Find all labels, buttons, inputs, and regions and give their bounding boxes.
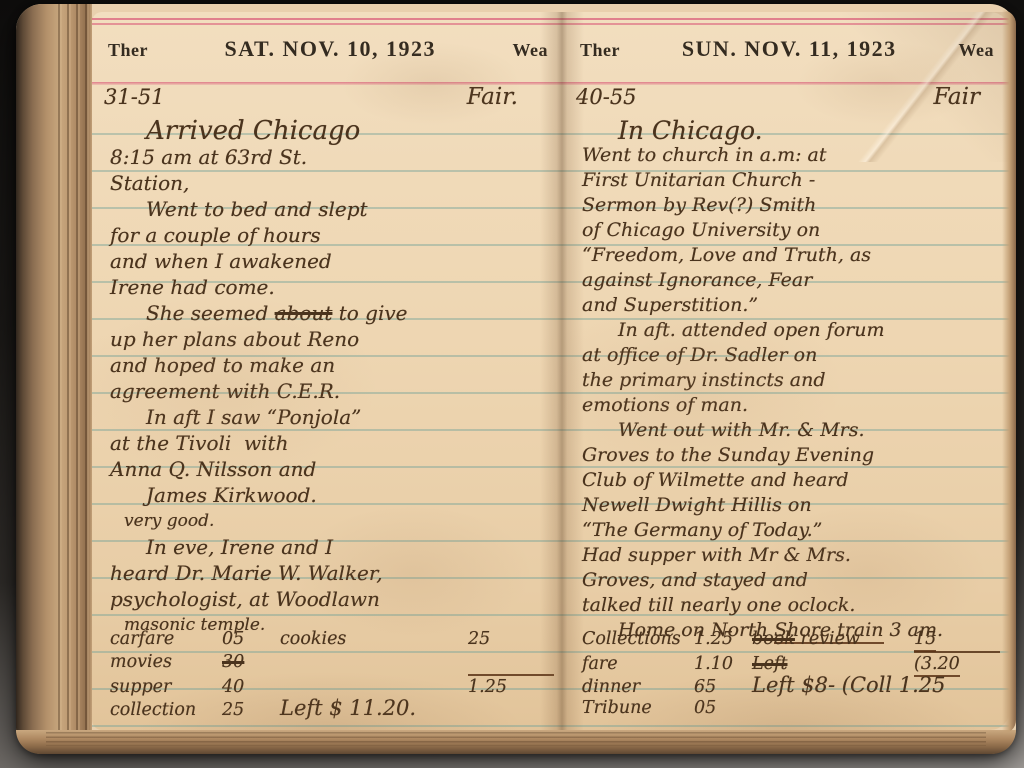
expense-row: supper401.25 [110,674,554,697]
handwritten-line: In Chicago. [582,118,1004,143]
handwritten-line: against Ignorance, Fear [582,268,1004,293]
handwritten-line: up her plans about Reno [110,326,558,352]
printed-header: Ther SUN. NOV. 11, 1923 Wea [580,36,994,62]
diary-book: Ther SAT. NOV. 10, 1923 Wea 31-51 Fair. … [16,4,1016,754]
handwritten-line: Went to bed and slept [110,196,558,222]
expense-ledger: Collections1.25book review15fare1.10Left… [582,628,1000,720]
expense-cell: fare [582,653,694,676]
expense-cell: 05 [222,628,280,651]
handwritten-line: In aft I saw “Ponjola” [110,404,558,430]
handwritten-line: Went to church in a.m: at [582,143,1004,168]
handwritten-line: emotions of man. [582,393,1004,418]
page-date: SAT. NOV. 10, 1923 [224,36,436,62]
expense-cell: 1.25 [468,674,554,699]
expense-row: Collections1.25book review15 [582,628,1000,651]
handwritten-line: the primary instincts and [582,368,1004,393]
expense-row: carfare05cookies25 [110,628,554,651]
temperature-note: 31-51 [104,85,165,109]
ther-label: Ther [108,40,148,61]
handwritten-line: and hoped to make an [110,352,558,378]
expense-row: dinner65Left $8- (Coll 1.25 [582,674,1000,697]
handwritten-line: and Superstition.” [582,293,1004,318]
handwritten-line: very good. [110,508,558,534]
expense-cell: 25 [468,628,554,651]
weather-note: Fair. [467,84,518,110]
wea-label: Wea [513,40,549,61]
ther-label: Ther [580,40,620,61]
handwritten-line: “Freedom, Love and Truth, as [582,243,1004,268]
expense-cell: book review [752,628,914,651]
handwritten-line: at the Tivoli with [110,430,558,456]
diary-page-left: Ther SAT. NOV. 10, 1923 Wea 31-51 Fair. … [92,12,564,730]
temp-weather-row: 31-51 Fair. [104,84,544,110]
handwritten-line: 8:15 am at 63rd St. [110,144,558,170]
handwritten-line: Anna Q. Nilsson and [110,456,558,482]
expense-cell: 1.10 [694,653,752,676]
expense-cell: 05 [694,697,752,720]
handwritten-line: for a couple of hours [110,222,558,248]
diary-page-right: Ther SUN. NOV. 11, 1923 Wea 40-55 Fair I… [564,12,1010,730]
expense-row: movies30 [110,651,554,674]
handwritten-line: Had supper with Mr & Mrs. [582,543,1004,568]
page-date: SUN. NOV. 11, 1923 [682,36,897,62]
handwritten-line: of Chicago University on [582,218,1004,243]
temp-weather-row: 40-55 Fair [576,84,990,110]
expense-cell: 30 [222,651,280,674]
handwritten-line: at office of Dr. Sadler on [582,343,1004,368]
handwritten-line: Club of Wilmette and heard [582,468,1004,493]
top-margin-lines [92,18,564,26]
expense-cell: dinner [582,676,694,699]
weather-note: Fair [934,84,980,110]
expense-cell: Collections [582,628,694,651]
stacked-page-edges-bottom [16,730,1016,754]
handwritten-line: Irene had come. [110,274,558,300]
handwritten-line: Newell Dwight Hillis on [582,493,1004,518]
expense-cell: 1.25 [694,628,752,651]
handwritten-line: Groves, and stayed and [582,568,1004,593]
handwritten-line: heard Dr. Marie W. Walker, [110,560,558,586]
handwritten-line: In aft. attended open forum [582,318,1004,343]
diary-entries: In Chicago.Went to church in a.m: atFirs… [582,118,1004,643]
handwritten-line: Groves to the Sunday Evening [582,443,1004,468]
expense-cell: cookies [280,628,468,651]
handwritten-line: “The Germany of Today.” [582,518,1004,543]
expense-row: fare1.10Left(3.20 [582,651,1000,674]
diary-entries: Arrived Chicago8:15 am at 63rd St.Statio… [110,118,558,638]
expense-cell: Left $ 11.20. [280,697,554,720]
expense-cell: 40 [222,676,280,699]
expense-cell: 65 [694,676,752,699]
handwritten-line: Went out with Mr. & Mrs. [582,418,1004,443]
stacked-page-edges-right [1002,10,1016,734]
handwritten-line: psychologist, at Woodlawn [110,586,558,612]
expense-cell: 25 [222,699,280,722]
printed-header: Ther SAT. NOV. 10, 1923 Wea [108,36,548,62]
expense-cell: movies [110,651,222,674]
handwritten-line: Arrived Chicago [110,118,558,144]
handwritten-line: and when I awakened [110,248,558,274]
handwritten-line: First Unitarian Church - [582,168,1004,193]
handwritten-line: James Kirkwood. [110,482,558,508]
expense-row: collection25Left $ 11.20. [110,697,554,720]
expense-row: Tribune05 [582,697,1000,720]
temperature-note: 40-55 [576,85,637,109]
handwritten-line: talked till nearly one oclock. [582,593,1004,618]
expense-cell: Left $8- (Coll 1.25 [752,674,1000,697]
expense-cell: Tribune [582,697,694,720]
expense-cell: carfare [110,628,222,651]
handwritten-line: She seemed about to give [110,300,558,326]
expense-ledger: carfare05cookies25movies30supper401.25co… [110,628,554,720]
top-margin-lines [564,18,1010,26]
handwritten-line: agreement with C.E.R. [110,378,558,404]
handwritten-line: Station, [110,170,558,196]
expense-cell: supper [110,676,222,699]
handwritten-line: Sermon by Rev(?) Smith [582,193,1004,218]
handwritten-line: In eve, Irene and I [110,534,558,560]
stacked-page-edges-left [16,4,92,754]
expense-cell: 15 [914,628,1000,651]
expense-cell: collection [110,699,222,722]
wea-label: Wea [958,40,994,61]
